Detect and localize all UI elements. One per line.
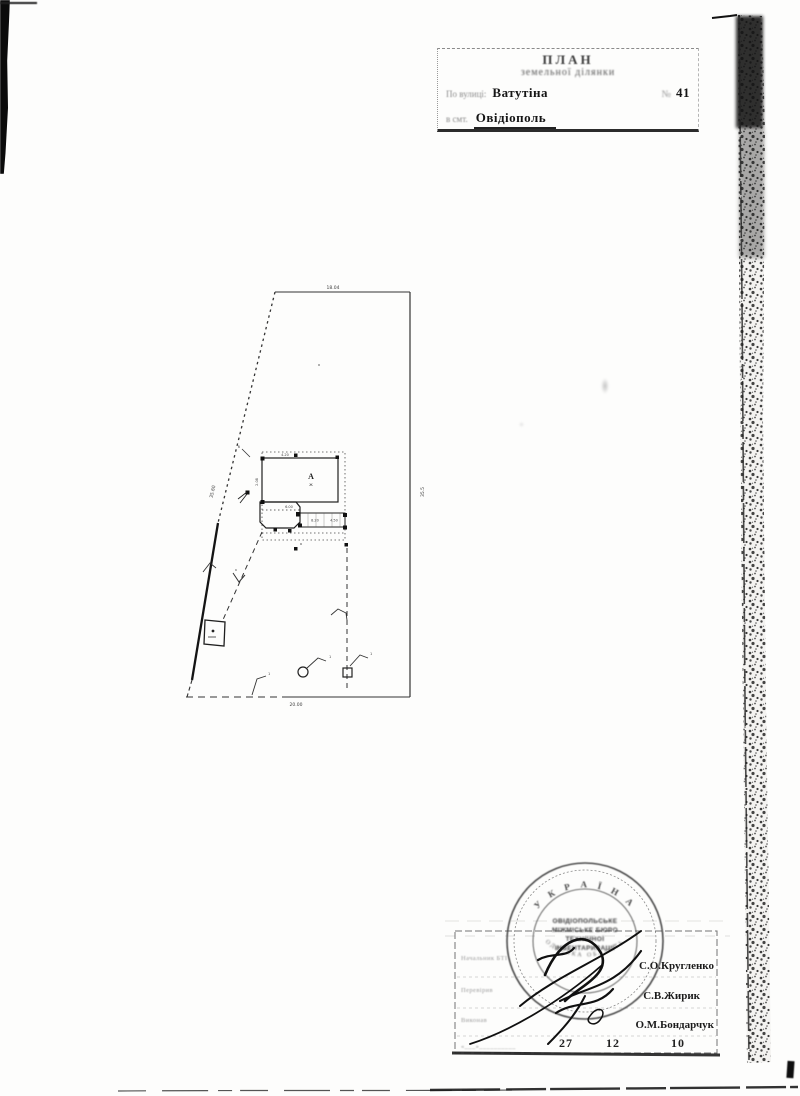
scan-artifact-left-bar: [0, 0, 10, 174]
ann: 1: [329, 655, 331, 659]
stamp-center-line: МІЖМІСЬКЕ БЮРО: [552, 927, 618, 934]
sig-role-2: Перевірив: [461, 987, 493, 994]
ann: 1: [370, 652, 372, 656]
building-letter: А: [308, 472, 314, 481]
ann: б: [238, 445, 240, 449]
stamp-and-signatures: Начальник БТІ Перевірив Виконав «___»___…: [440, 850, 735, 1080]
ann: 4.20: [281, 453, 289, 457]
date-year: 10: [671, 1036, 685, 1050]
ann: 1: [268, 672, 270, 676]
scanned-land-plan-page: ПЛАН земельної ділянки По вулиці: Ватуті…: [0, 0, 800, 1096]
sig-role-1: Начальник БТІ: [461, 955, 507, 962]
plan-subtitle: земельної ділянки: [446, 67, 690, 79]
ann: 8.20: [311, 519, 319, 523]
sig-role-3: Виконав: [461, 1017, 487, 1024]
sig-name-2: С.В.Жирик: [643, 990, 700, 1002]
plot-plan-drawing: 18.04 20.00 35.60 35.5: [150, 275, 440, 720]
settlement-label: в смт.: [446, 114, 468, 124]
plan-title: ПЛАН: [446, 53, 690, 67]
dim-top: 18.04: [327, 285, 340, 291]
street-label: По вулиці:: [446, 89, 486, 99]
date-day: 27: [559, 1036, 573, 1050]
number-value: 41: [676, 85, 690, 101]
scan-artifact-top-line: [0, 2, 37, 4]
ann: 6.00: [285, 505, 293, 509]
building-letter-sub: ж: [308, 483, 313, 488]
stamp-center-line: ОВІДІОПОЛЬСЬКЕ: [553, 918, 618, 925]
scan-smudge: [601, 378, 609, 394]
stamp-ring-top-text: У К Р А Ї Н А: [532, 879, 638, 910]
sig-name-3: О.М.Бондарчук: [636, 1019, 715, 1031]
scan-artifact-right-band: [730, 0, 800, 1096]
title-block: ПЛАН земельної ділянки По вулиці: Ватуті…: [437, 48, 699, 132]
ann: 4.50: [330, 519, 338, 523]
yard-features: к 1 1 1: [204, 532, 372, 695]
number-label: №: [661, 89, 671, 100]
dim-bottom: 20.00: [290, 702, 303, 708]
settlement-value: Овідіополь: [474, 110, 556, 129]
svg-text:У К Р А Ї Н А: У К Р А Ї Н А: [532, 879, 638, 910]
ann: 2.08: [255, 478, 259, 486]
dim-right: 35.5: [420, 487, 426, 497]
scan-dot: [318, 364, 320, 366]
ann: к: [235, 568, 237, 572]
plot-boundary: [186, 292, 410, 697]
scan-smudge: [519, 422, 524, 427]
building-outline: А ж 4.20 2.08 6.00 8.20 4.50 а б: [203, 445, 347, 572]
date-month: 12: [606, 1036, 620, 1050]
ann: а: [300, 542, 302, 546]
street-value: Ватутіна: [492, 85, 548, 101]
sig-name-1: С.О.Кругленко: [639, 960, 714, 972]
dim-left: 35.60: [209, 485, 218, 499]
